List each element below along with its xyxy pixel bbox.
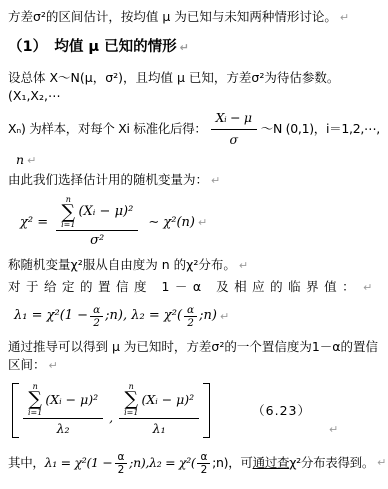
choose-variable-text: 由此我们选择估计用的随机变量为： [8, 172, 208, 187]
standardize-fraction: Xᵢ − μ σ [211, 109, 257, 148]
derivation-line1-text: 通过推导可以得到 μ 为已知时，方差σ²的一个置信度为1－α的置信 [8, 339, 378, 354]
derivation-line2-text: 区间： [8, 357, 46, 372]
paragraph-setup-line1: 设总体 X～N(μ，σ²)，且均值 μ 已知，方差σ²为待估参数。(X₁,X₂,… [8, 69, 380, 105]
fraction-denominator: λ₁ [119, 419, 199, 438]
separator-comma: , [109, 409, 113, 427]
lambda-part1: λ₁ = χ²(1 − [14, 307, 88, 326]
sigma-sum-icon: ∑ [62, 204, 76, 221]
fraction-numerator: α [197, 451, 210, 464]
document-page: 方差σ²的区间估计，按均值 μ 为已知与未知两种情形讨论。↵ （1） 均值 μ … [0, 0, 388, 489]
fraction-numerator: α [115, 451, 128, 464]
paragraph-derivation-line1: 通过推导可以得到 μ 为已知时，方差σ²的一个置信度为1－α的置信 [8, 338, 380, 356]
alpha-over-two-fraction: α 2 [90, 304, 103, 329]
footnote-underlined: 通过查 [253, 454, 290, 472]
summation-symbol: n ∑ i=1 [61, 196, 75, 229]
paragraph-choose-variable: 由此我们选择估计用的随机变量为：↵ [8, 171, 380, 189]
right-bracket [203, 383, 210, 437]
sigma-sum-icon: ∑ [28, 391, 42, 408]
fraction-denominator: λ₂ [23, 419, 103, 438]
sigma-sum-icon: ∑ [124, 391, 138, 408]
section-heading: （1） 均值 μ 已知的情形↵ [8, 37, 380, 58]
alpha-over-two-fraction: α 2 [197, 451, 210, 476]
footnote-pre: 其中， [8, 454, 45, 472]
interval-left-fraction: n ∑ i=1 (Xᵢ − μ)² λ₂ [23, 383, 103, 437]
paragraph-mark: ↵ [340, 11, 349, 24]
numerator-expression: (Xᵢ − μ)² [78, 203, 133, 222]
paragraph-mark: ↵ [180, 41, 189, 54]
paragraph-derivation-line2: 区间：↵ [8, 356, 380, 374]
heading-text: （1） 均值 μ 已知的情形 [8, 39, 177, 55]
sum-lower-limit: i=1 [61, 221, 75, 229]
fraction-denominator: σ [211, 130, 257, 149]
chi-square-fraction: n ∑ i=1 (Xᵢ − μ)² σ² [56, 196, 138, 251]
formula-chi-square: χ² = n ∑ i=1 (Xᵢ − μ)² σ² ∼ χ²(n) ↵ [8, 196, 380, 251]
distribution-note-text: 称随机变量χ²服从自由度为 n 的χ²分布。 [8, 257, 236, 272]
lambda-part3: ;n) [199, 307, 217, 326]
sum-lower-limit: i=1 [28, 409, 42, 417]
chi-square-lhs: χ² = [20, 214, 48, 233]
paragraph-mark: ↵ [49, 359, 58, 372]
fraction-numerator: n ∑ i=1 (Xᵢ − μ)² [56, 196, 138, 231]
fraction-numerator: n ∑ i=1 (Xᵢ − μ)² [119, 383, 199, 418]
paragraph-confidence-level: 对于给定的置信度 1－α 及相应的临界值：↵ [8, 278, 380, 296]
paragraph-mark: ↵ [239, 259, 248, 272]
fraction-numerator: α [184, 304, 197, 317]
paragraph-mark: ↵ [329, 422, 338, 438]
summation-symbol: n ∑ i=1 [124, 383, 138, 416]
paragraph-mark: ↵ [211, 174, 220, 187]
footnote-lambda1: λ₁ = χ²(1 − [45, 454, 113, 472]
equation-number: （6.23） [252, 402, 311, 420]
paragraph-mark: ↵ [220, 309, 229, 325]
intro-text: 方差σ²的区间估计，按均值 μ 为已知与未知两种情形讨论。 [8, 9, 337, 24]
fraction-denominator: 2 [115, 464, 128, 476]
footnote-post2: χ²分布表得到。 [289, 454, 374, 472]
footnote-mid: ;n),λ₂ = χ²( [129, 454, 195, 472]
n-symbol: n [16, 152, 24, 167]
formula-confidence-interval: n ∑ i=1 (Xᵢ − μ)² λ₂ , n ∑ i=1 (Xᵢ − μ)²… [8, 383, 380, 437]
fraction-numerator: α [90, 304, 103, 317]
confidence-level-text: 对于给定的置信度 1－α 及相应的临界值： [8, 279, 360, 294]
summation-symbol: n ∑ i=1 [28, 383, 42, 416]
paragraph-setup-line2: Xₙ) 为样本，对每个 Xi 标准化后得： Xᵢ − μ σ ～N (0,1)，… [8, 109, 380, 148]
paragraph-setup-line3: n↵ [8, 151, 380, 169]
setup-line2-pre: Xₙ) 为样本，对每个 Xi 标准化后得： [8, 120, 207, 138]
fraction-denominator: 2 [184, 317, 197, 329]
lambda-part2: ;n), λ₂ = χ²( [105, 307, 182, 326]
interval-right-fraction: n ∑ i=1 (Xᵢ − μ)² λ₁ [119, 383, 199, 437]
fraction-denominator: σ² [56, 231, 138, 251]
alpha-over-two-fraction: α 2 [184, 304, 197, 329]
alpha-over-two-fraction: α 2 [115, 451, 128, 476]
setup-line2-post: ～N (0,1)，i＝1,2,⋯, [261, 120, 380, 138]
fraction-numerator: Xᵢ − μ [211, 109, 257, 129]
sum-lower-limit: i=1 [124, 409, 138, 417]
paragraph-distribution-note: 称随机变量χ²服从自由度为 n 的χ²分布。↵ [8, 256, 380, 274]
formula-critical-values: λ₁ = χ²(1 − α 2 ;n), λ₂ = χ²( α 2 ;n) ↵ [8, 304, 380, 329]
paragraph-intro: 方差σ²的区间估计，按均值 μ 为已知与未知两种情形讨论。↵ [8, 8, 380, 26]
paragraph-mark: ↵ [377, 455, 386, 471]
numerator-expression: (Xᵢ − μ)² [45, 391, 98, 409]
fraction-numerator: n ∑ i=1 (Xᵢ − μ)² [23, 383, 103, 418]
paragraph-mark: ↵ [363, 281, 372, 294]
setup-line1-text: 设总体 X～N(μ，σ²)，且均值 μ 已知，方差σ²为待估参数。(X₁,X₂,… [8, 70, 339, 103]
paragraph-footnote: 其中， λ₁ = χ²(1 − α 2 ;n),λ₂ = χ²( α 2 ;n)… [8, 451, 380, 476]
footnote-post1: ;n)，可 [212, 454, 253, 472]
fraction-denominator: 2 [90, 317, 103, 329]
paragraph-mark: ↵ [27, 154, 36, 167]
left-bracket [12, 383, 19, 437]
paragraph-mark: ↵ [198, 215, 207, 231]
fraction-denominator: 2 [197, 464, 210, 476]
numerator-expression: (Xᵢ − μ)² [141, 391, 194, 409]
chi-square-rhs: ∼ χ²(n) [148, 214, 195, 233]
